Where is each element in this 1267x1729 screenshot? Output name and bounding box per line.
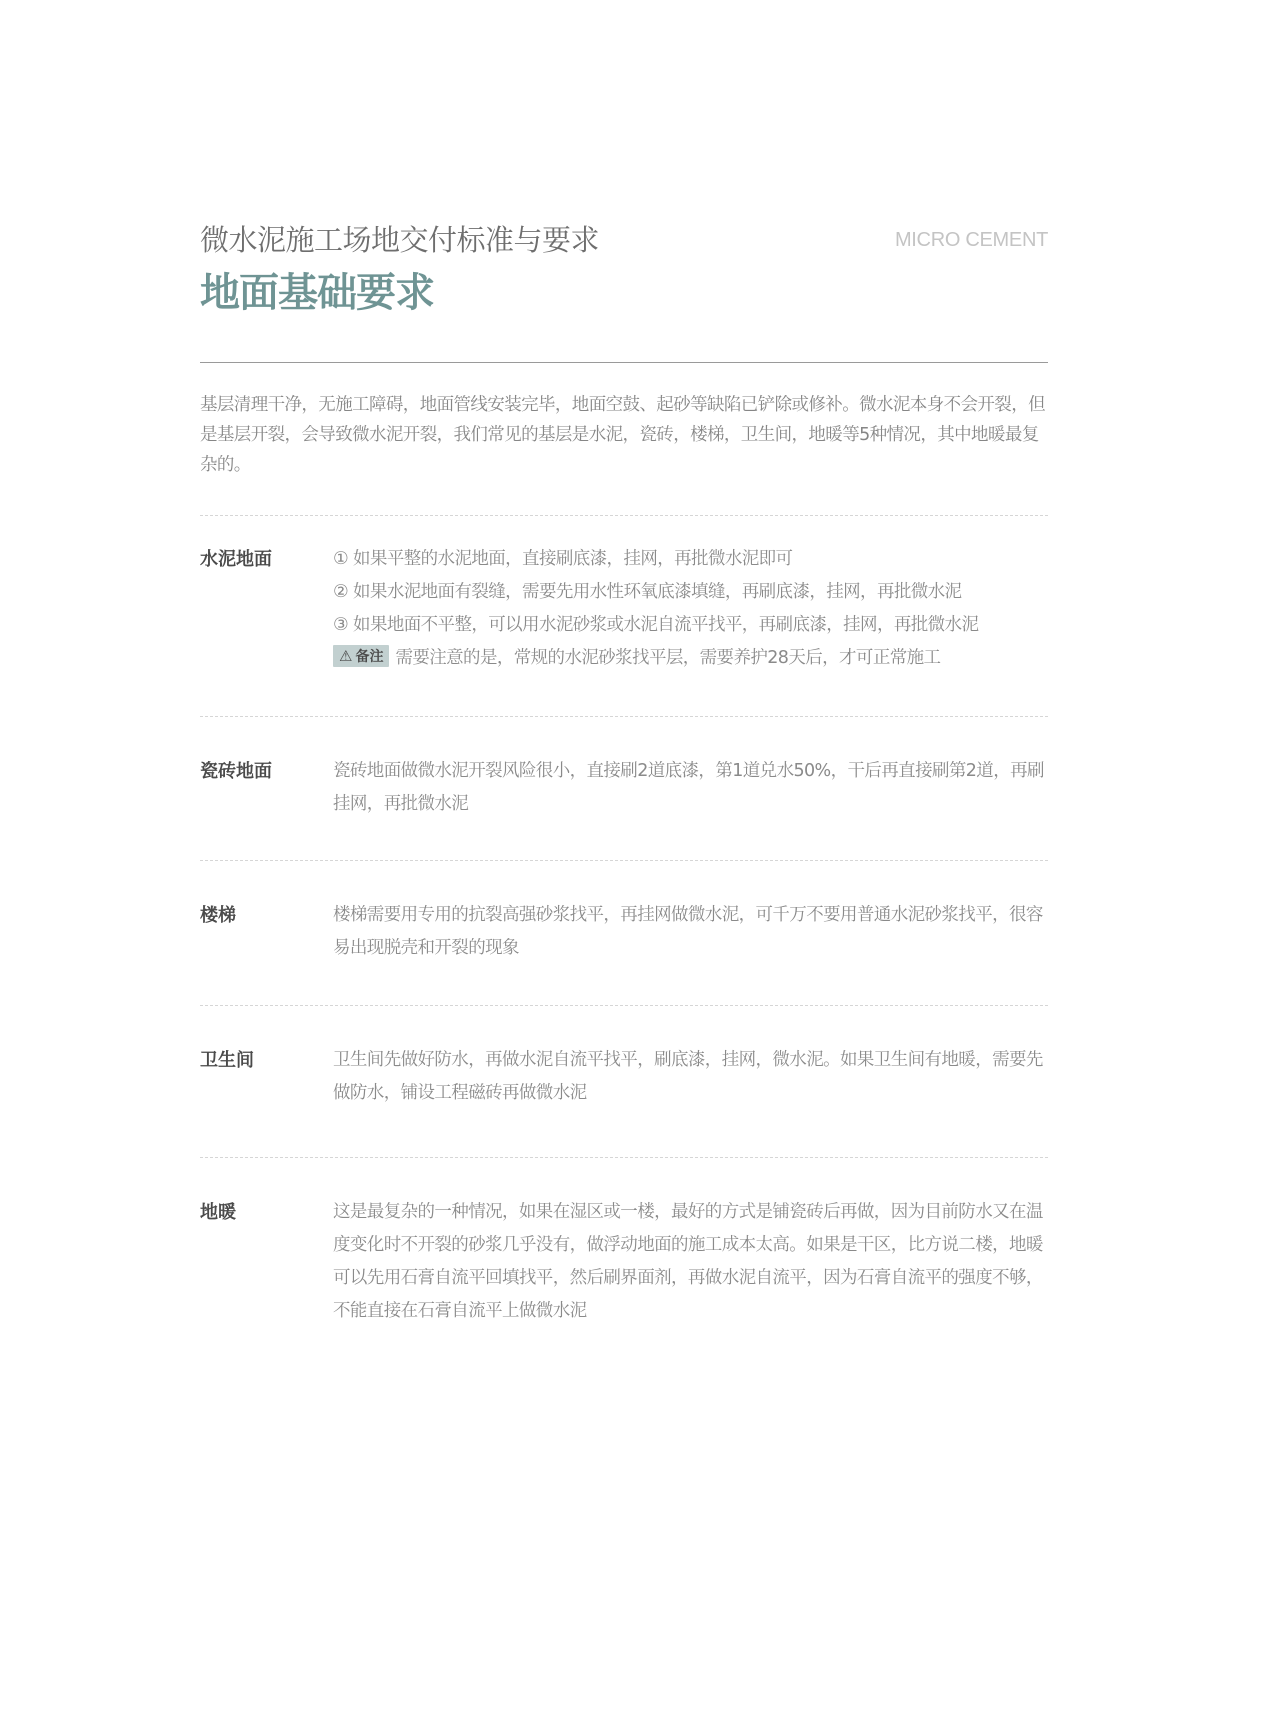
section-label: 楼梯 bbox=[200, 899, 236, 933]
page-subtitle: 微水泥施工场地交付标准与要求 bbox=[200, 222, 599, 258]
list-item: ② 如果水泥地面有裂缝，需要先用水性环氧底漆填缝，再刷底漆，挂网，再批微水泥 bbox=[333, 576, 1053, 609]
section-divider bbox=[200, 515, 1048, 516]
note-line: ⚠备注需要注意的是，常规的水泥砂浆找平层，需要养护28天后，才可正常施工 bbox=[333, 642, 1053, 675]
section-divider bbox=[200, 860, 1048, 861]
section-divider bbox=[200, 1005, 1048, 1006]
list-item: ③ 如果地面不平整，可以用水泥砂浆或水泥自流平找平，再刷底漆，挂网，再批微水泥 bbox=[333, 609, 1053, 642]
list-item: ① 如果平整的水泥地面，直接刷底漆，挂网，再批微水泥即可 bbox=[333, 543, 1053, 576]
note-badge: ⚠备注 bbox=[333, 645, 389, 667]
brand-label: MICRO CEMENT bbox=[895, 228, 1048, 252]
page-title: 地面基础要求 bbox=[200, 268, 434, 318]
header-divider bbox=[200, 362, 1048, 363]
intro-paragraph: 基层清理干净，无施工障碍，地面管线安装完毕，地面空鼓、起砂等缺陷已铲除或修补。微… bbox=[200, 390, 1052, 480]
section-body: 楼梯需要用专用的抗裂高强砂浆找平，再挂网做微水泥，可千万不要用普通水泥砂浆找平，… bbox=[333, 899, 1053, 965]
section-body: 卫生间先做好防水，再做水泥自流平找平，刷底漆，挂网，微水泥。如果卫生间有地暖，需… bbox=[333, 1044, 1053, 1110]
section-label: 卫生间 bbox=[200, 1044, 254, 1078]
section-body: 瓷砖地面做微水泥开裂风险很小，直接刷2道底漆，第1道兑水50%，干后再直接刷第2… bbox=[333, 755, 1053, 821]
warning-icon: ⚠ bbox=[339, 645, 352, 667]
section-label: 瓷砖地面 bbox=[200, 755, 272, 789]
note-badge-label: 备注 bbox=[355, 649, 383, 665]
section-body: 这是最复杂的一种情况，如果在湿区或一楼，最好的方式是铺瓷砖后再做，因为目前防水又… bbox=[333, 1196, 1053, 1328]
section-label: 水泥地面 bbox=[200, 543, 272, 577]
note-text: 需要注意的是，常规的水泥砂浆找平层，需要养护28天后，才可正常施工 bbox=[395, 648, 940, 668]
section-body: ① 如果平整的水泥地面，直接刷底漆，挂网，再批微水泥即可 ② 如果水泥地面有裂缝… bbox=[333, 543, 1053, 675]
section-label: 地暖 bbox=[200, 1196, 236, 1230]
section-divider bbox=[200, 1157, 1048, 1158]
page-header: 微水泥施工场地交付标准与要求 MICRO CEMENT 地面基础要求 bbox=[200, 222, 1048, 322]
section-divider bbox=[200, 716, 1048, 717]
